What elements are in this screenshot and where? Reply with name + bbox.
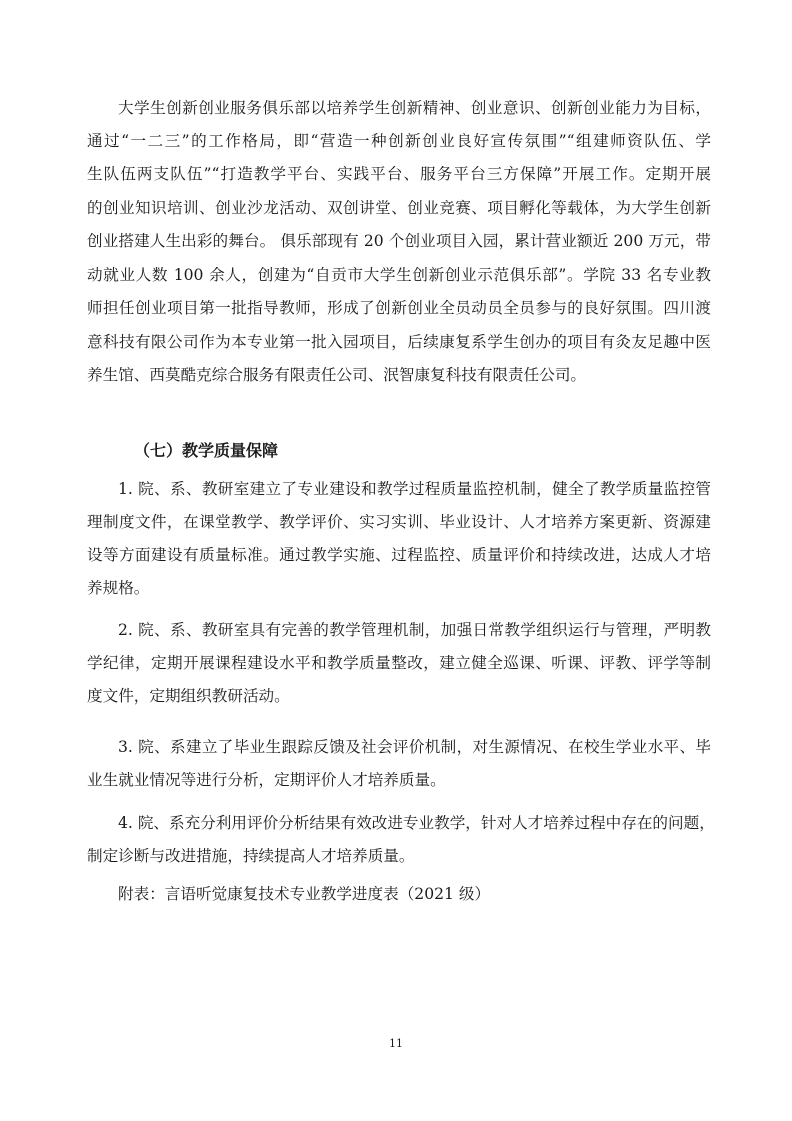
text-line: 制定诊断与改进措施，持续提高人才培养质量。 [87, 846, 711, 866]
text-line: 通过“一二三”的工作格局，即“营造一种创新创业良好宣传氛围”“组建师资队伍、学 [87, 131, 711, 151]
text-line: 养生馆、西莫酷克综合服务有限责任公司、泯智康复科技有限责任公司。 [87, 365, 711, 385]
text-line: 2. 院、系、教研室具有完善的教学管理机制，加强日常教学组织运行与管理，严明教 [118, 620, 711, 640]
text-line: 生队伍两支队伍”“打造教学平台、实践平台、服务平台三方保障”开展工作。定期开展 [87, 164, 711, 184]
appendix-note: 附表：言语听觉康复技术专业教学进度表（2021 级） [118, 884, 490, 904]
text-line: 意科技有限公司作为本专业第一批入园项目，后续康复系学生创办的项目有灸友足趣中医 [87, 332, 711, 352]
document-page: 大学生创新创业服务俱乐部以培养学生创新精神、创业意识、创新创业能力为目标， 通过… [0, 0, 792, 1121]
text-line: 学纪律，定期开展课程建设水平和教学质量整改，建立健全巡课、听课、评教、评学等制 [87, 653, 711, 673]
text-line: 创业搭建人生出彩的舞台。 俱乐部现有 20 个创业项目入园，累计营业额近 200… [87, 231, 711, 251]
section-heading: （七）教学质量保障 [134, 441, 278, 461]
text-line: 的创业知识培训、创业沙龙活动、双创讲堂、创业竞赛、项目孵化等载体，为大学生创新 [87, 198, 711, 218]
text-line: 度文件，定期组织教研活动。 [87, 686, 711, 706]
text-line: 设等方面建设有质量标准。通过教学实施、过程监控、质量评价和持续改进，达成人才培 [87, 545, 711, 565]
text-line: 4. 院、系充分利用评价分析结果有效改进专业教学，针对人才培养过程中存在的问题， [118, 813, 711, 833]
text-line: 师担任创业项目第一批指导教师，形成了创新创业全员动员全员参与的良好氛围。四川渡 [87, 298, 711, 318]
text-line: 3. 院、系建立了毕业生跟踪反馈及社会评价机制，对生源情况、在校生学业水平、毕 [118, 737, 711, 757]
text-line: 大学生创新创业服务俱乐部以培养学生创新精神、创业意识、创新创业能力为目标， [118, 98, 711, 118]
text-line: 理制度文件，在课堂教学、教学评价、实习实训、毕业设计、人才培养方案更新、资源建 [87, 512, 711, 532]
page-number: 11 [0, 1037, 792, 1051]
text-line: 业生就业情况等进行分析，定期评价人才培养质量。 [87, 770, 711, 790]
text-line: 养规格。 [87, 578, 711, 598]
text-line: 动就业人数 100 余人，创建为“自贡市大学生创新创业示范俱乐部”。学院 33 … [87, 265, 711, 285]
text-line: 1. 院、系、教研室建立了专业建设和教学过程质量监控机制，健全了教学质量监控管 [118, 479, 711, 499]
